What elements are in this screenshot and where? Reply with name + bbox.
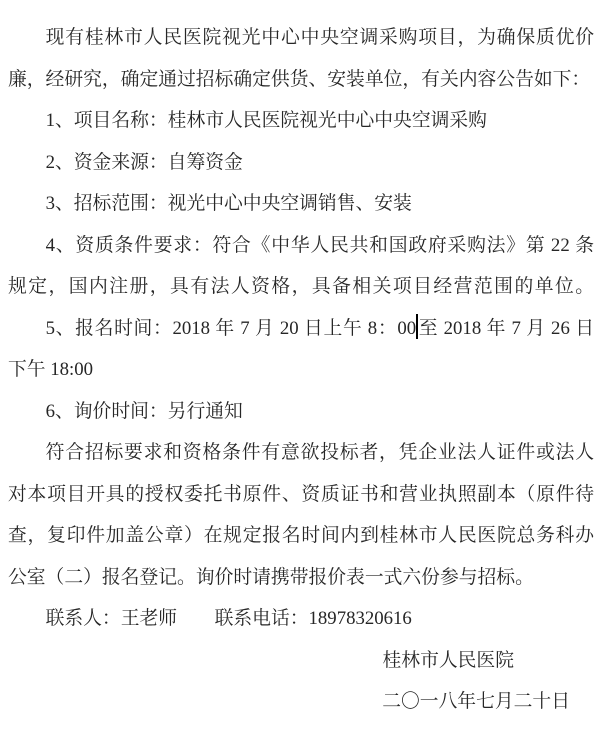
item-5-registration-time-line-1: 下午 18:00 — [8, 349, 594, 391]
paragraph-item-5-registration-time: 5、报名时间：2018 年 7 月 20 日上午 8：00至 2018 年 7 … — [8, 308, 594, 391]
paragraph-item-1-project-name: 1、项目名称：桂林市人民医院视光中心中央空调采购 — [8, 100, 594, 142]
intro-line-1: 廉，经研究，确定通过招标确定供货、安装单位，有关内容公告如下： — [8, 59, 594, 101]
paragraph-signature-date: 二〇一八年七月二十日 — [8, 681, 594, 723]
text-before-cursor: 5、报名时间：2018 年 7 月 20 日上午 8：00 — [46, 318, 417, 339]
paragraph-registration-instructions: 符合招标要求和资格条件有意欲投标者，凭企业法人证件或法人对本项目开具的授权委托书… — [8, 432, 594, 598]
paragraph-item-2-funding-source: 2、资金来源：自筹资金 — [8, 142, 594, 184]
signature-date-line-0: 二〇一八年七月二十日 — [8, 681, 594, 723]
item-3-bidding-scope-line-0: 3、招标范围：视光中心中央空调销售、安装 — [8, 183, 594, 225]
paragraph-item-3-bidding-scope: 3、招标范围：视光中心中央空调销售、安装 — [8, 183, 594, 225]
registration-instructions-line-3: 公室（二）报名登记。询价时请携带报价表一式六份参与招标。 — [8, 557, 594, 599]
item-1-project-name-line-0: 1、项目名称：桂林市人民医院视光中心中央空调采购 — [8, 100, 594, 142]
document-text-area[interactable]: 现有桂林市人民医院视光中心中央空调采购项目，为确保质优价廉，经研究，确定通过招标… — [0, 0, 616, 738]
item-4-qualification-line-0: 4、资质条件要求：符合《中华人民共和国政府采购法》第 22 条 — [8, 225, 594, 267]
paragraph-contact: 联系人：王老师 联系电话：18978320616 — [8, 598, 594, 640]
item-5-registration-time-line-0: 5、报名时间：2018 年 7 月 20 日上午 8：00至 2018 年 7 … — [8, 308, 594, 350]
text-after-cursor: 至 2018 年 7 月 26 日 — [418, 318, 594, 339]
registration-instructions-line-0: 符合招标要求和资格条件有意欲投标者，凭企业法人证件或法人 — [8, 432, 594, 474]
item-4-qualification-line-1: 规定，国内注册，具有法人资格，具备相关项目经营范围的单位。 — [8, 266, 594, 308]
signature-org-line-0: 桂林市人民医院 — [8, 640, 594, 682]
paragraph-intro: 现有桂林市人民医院视光中心中央空调采购项目，为确保质优价廉，经研究，确定通过招标… — [8, 17, 594, 100]
paragraph-signature-org: 桂林市人民医院 — [8, 640, 594, 682]
contact-line-0: 联系人：王老师 联系电话：18978320616 — [8, 598, 594, 640]
item-6-inquiry-time-line-0: 6、询价时间：另行通知 — [8, 391, 594, 433]
paragraph-item-6-inquiry-time: 6、询价时间：另行通知 — [8, 391, 594, 433]
item-2-funding-source-line-0: 2、资金来源：自筹资金 — [8, 142, 594, 184]
registration-instructions-line-2: 查，复印件加盖公章）在规定报名时间内到桂林市人民医院总务科办 — [8, 515, 594, 557]
paragraph-item-4-qualification: 4、资质条件要求：符合《中华人民共和国政府采购法》第 22 条规定，国内注册，具… — [8, 225, 594, 308]
intro-line-0: 现有桂林市人民医院视光中心中央空调采购项目，为确保质优价 — [8, 17, 594, 59]
registration-instructions-line-1: 对本项目开具的授权委托书原件、资质证书和营业执照副本（原件待 — [8, 474, 594, 516]
